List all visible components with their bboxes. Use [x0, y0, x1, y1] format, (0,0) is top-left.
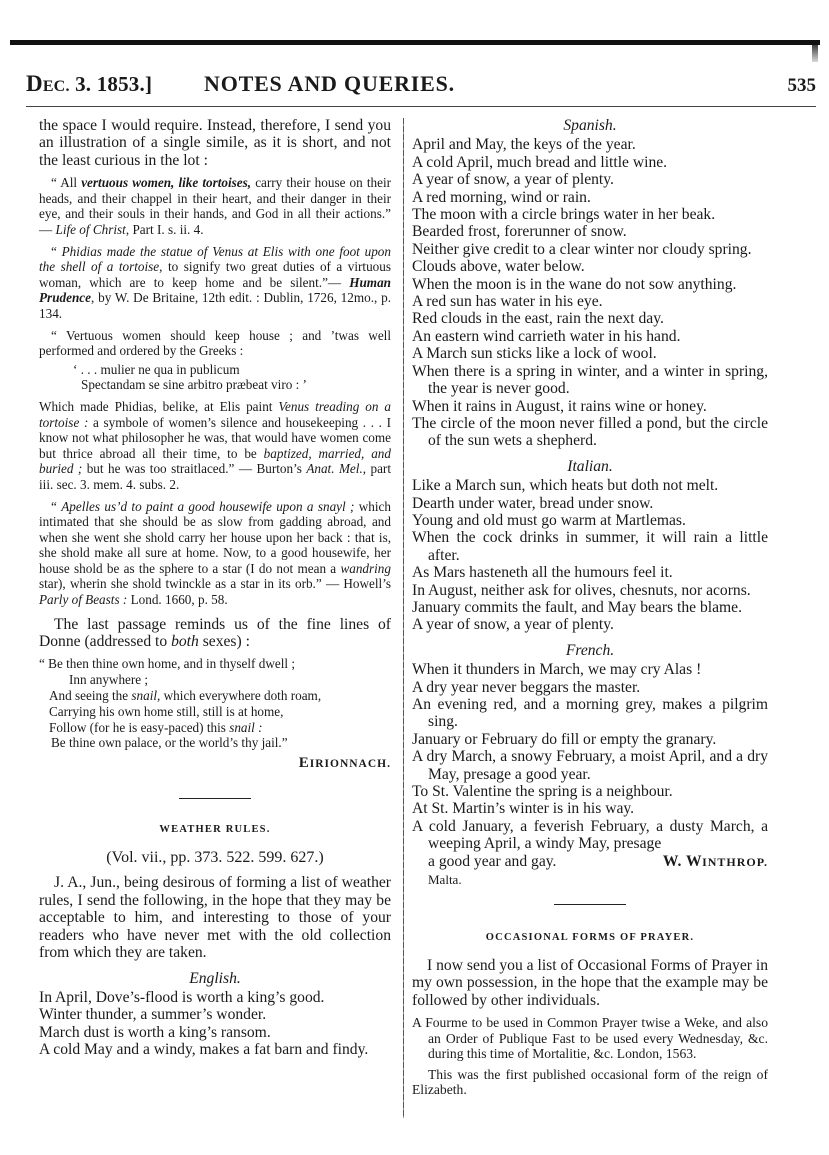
weather-rule: In August, neither ask for olives, chesn… — [412, 582, 768, 599]
weather-rule: To St. Valentine the spring is a neighbo… — [412, 783, 768, 800]
weather-rule: January commits the fault, and May bears… — [412, 599, 768, 616]
weather-rule: A red sun has water in his eye. — [412, 293, 768, 310]
header-rule — [26, 106, 816, 107]
weather-rule: Bearded frost, forerunner of snow. — [412, 223, 768, 240]
weather-rule: A cold April, much bread and little wine… — [412, 154, 768, 171]
journal-title: NOTES AND QUERIES. — [204, 71, 455, 97]
weather-rule: A cold May and a windy, makes a fat barn… — [39, 1041, 391, 1058]
weather-rule: When the moon is in the wane do not sow … — [412, 276, 768, 293]
weather-intro: J. A., Jun., being desirous of forming a… — [39, 874, 391, 961]
volume-reference: (Vol. vii., pp. 373. 522. 599. 627.) — [39, 849, 391, 866]
weather-rule: A year of snow, a year of plenty. — [412, 171, 768, 188]
page-number: 535 — [788, 75, 817, 97]
byline-row: a good year and gay. W. WINTHROP. — [412, 853, 768, 871]
weather-rule: When there is a spring in winter, and a … — [412, 363, 768, 398]
weather-rule: A cold January, a feverish February, a d… — [412, 818, 768, 853]
weather-rule: At St. Martin’s winter is in his way. — [412, 800, 768, 817]
weather-rule: An evening red, and a morning grey, make… — [412, 696, 768, 731]
latin-verse: ‘ . . . mulier ne qua in publicum Specta… — [39, 362, 391, 393]
intro-paragraph: the space I would require. Instead, ther… — [39, 117, 391, 169]
signature-winthrop: W. WINTHROP. — [663, 853, 768, 871]
weather-rule: Young and old must go warm at Martlemas. — [412, 512, 768, 529]
quote-life-of-christ: “ All vertuous women, like tortoises, ca… — [39, 175, 391, 237]
weather-rule: The circle of the moon never filled a po… — [412, 415, 768, 450]
english-heading: English. — [39, 970, 391, 987]
weather-rule: A red morning, wind or rain. — [412, 189, 768, 206]
spanish-heading: Spanish. — [412, 117, 768, 134]
top-border-rule — [10, 40, 820, 45]
weather-rule: When the cock drinks in summer, it will … — [412, 529, 768, 564]
weather-rule: A year of snow, a year of plenty. — [412, 616, 768, 633]
weather-rule: In April, Dove’s-flood is worth a king’s… — [39, 989, 391, 1006]
weather-rule: When it rains in August, it rains wine o… — [412, 398, 768, 415]
signature-eirionnach: EIRIONNACH. — [39, 754, 391, 773]
quote-vertuous-women: “ Vertuous women should keep house ; and… — [39, 328, 391, 359]
right-column: Spanish. April and May, the keys of the … — [412, 117, 768, 1098]
weather-rule: A dry March, a snowy February, a moist A… — [412, 748, 768, 783]
weather-rule: As Mars hasteneth all the humours feel i… — [412, 564, 768, 581]
weather-rule: A March sun sticks like a lock of wool. — [412, 345, 768, 362]
quote-burton: Which made Phidias, belike, at Elis pain… — [39, 399, 391, 493]
weather-rule: The moon with a circle brings water in h… — [412, 206, 768, 223]
donne-intro: The last passage reminds us of the fine … — [39, 616, 391, 651]
weather-rule: Winter thunder, a summer’s wonder. — [39, 1006, 391, 1023]
section-separator — [179, 798, 251, 799]
french-rules-list: When it thunders in March, we may cry Al… — [412, 661, 768, 888]
weather-rule: Like a March sun, which heats but doth n… — [412, 477, 768, 494]
page-header: DEC. 3. 1853.] NOTES AND QUERIES. 535 — [26, 71, 816, 101]
weather-rules-heading: WEATHER RULES. — [39, 821, 391, 838]
top-border-rule-edge — [812, 40, 818, 62]
left-column: the space I would require. Instead, ther… — [39, 117, 391, 1059]
weather-rule: Red clouds in the east, rain the next da… — [412, 310, 768, 327]
english-rules-list: In April, Dove’s-flood is worth a king’s… — [39, 989, 391, 1059]
weather-rule: April and May, the keys of the year. — [412, 136, 768, 153]
weather-rule: A dry year never beggars the master. — [412, 679, 768, 696]
prayer-note: This was the first published occasional … — [412, 1067, 768, 1098]
column-divider — [403, 118, 404, 1118]
quote-human-prudence: “ Phidias made the statue of Venus at El… — [39, 244, 391, 322]
italian-heading: Italian. — [412, 458, 768, 475]
prayer-heading: OCCASIONAL FORMS OF PRAYER. — [412, 929, 768, 946]
spanish-rules-list: April and May, the keys of the year. A c… — [412, 136, 768, 449]
section-separator — [554, 904, 626, 905]
prayer-intro: I now send you a list of Occasional Form… — [412, 957, 768, 1009]
italian-rules-list: Like a March sun, which heats but doth n… — [412, 477, 768, 634]
weather-rule: Neither give credit to a clear winter no… — [412, 241, 768, 258]
header-date: DEC. 3. 1853.] — [26, 71, 152, 97]
weather-rule: March dust is worth a king’s ransom. — [39, 1024, 391, 1041]
place-malta: Malta. — [412, 871, 768, 888]
donne-verse: “ Be then thine own home, and in thyself… — [39, 656, 391, 751]
weather-rule: January or February do fill or empty the… — [412, 731, 768, 748]
weather-rule: Dearth under water, bread under snow. — [412, 495, 768, 512]
quote-howell: “ Apelles us’d to paint a good housewife… — [39, 499, 391, 608]
french-heading: French. — [412, 642, 768, 659]
weather-rule: When it thunders in March, we may cry Al… — [412, 661, 768, 678]
prayer-list-item: A Fourme to be used in Common Prayer twi… — [412, 1015, 768, 1062]
weather-rule: An eastern wind carrieth water in his ha… — [412, 328, 768, 345]
weather-rule: Clouds above, water below. — [412, 258, 768, 275]
